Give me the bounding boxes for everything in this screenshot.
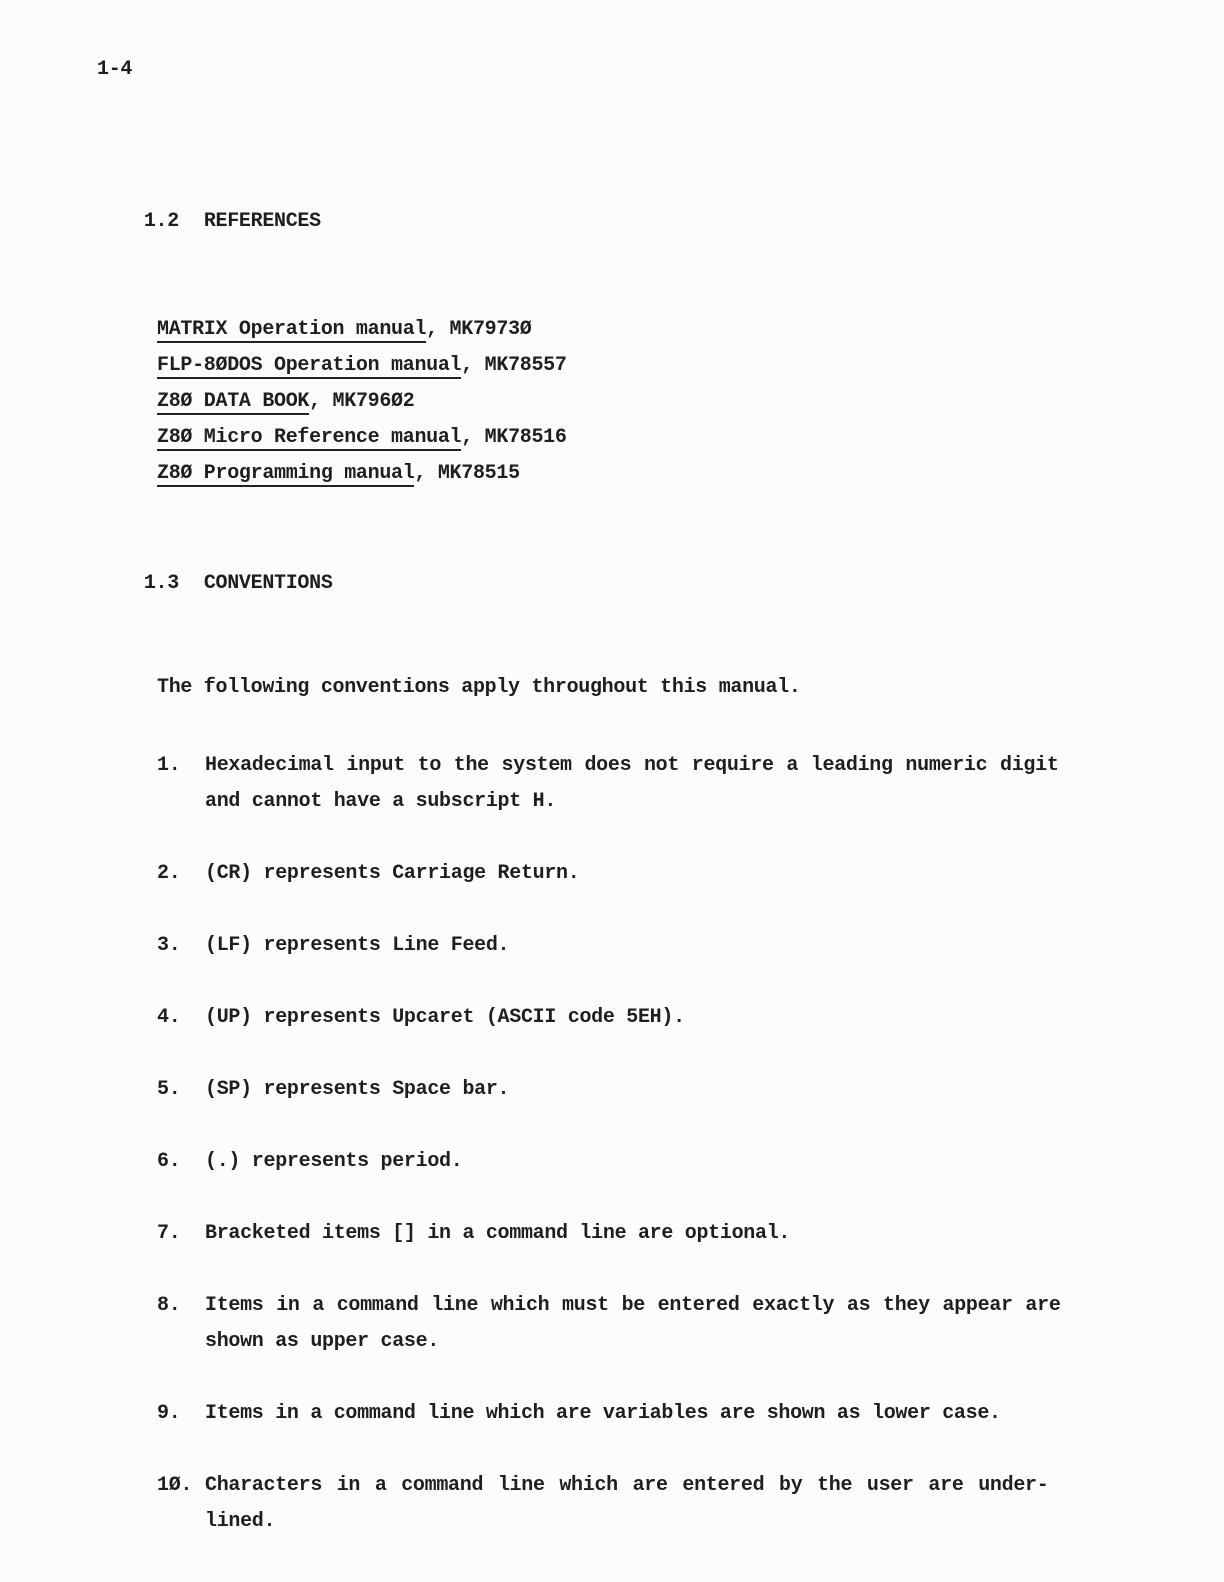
list-item-text: (UP) represents Upcaret (ASCII code 5EH)… — [205, 1000, 1087, 1036]
list-item-number: 3. — [157, 928, 205, 964]
list-item-text: Items in a command line which are variab… — [205, 1396, 1087, 1432]
list-item: 6. (.) represents period. — [157, 1144, 1087, 1180]
list-item-text: Characters in a command line which are e… — [205, 1468, 1087, 1540]
list-item: 1. Hexadecimal input to the system does … — [157, 748, 1087, 820]
list-item-text: (LF) represents Line Feed. — [205, 928, 1087, 964]
section-title: REFERENCES — [204, 210, 321, 233]
list-item: 2. (CR) represents Carriage Return. — [157, 856, 1087, 892]
list-item-text: Items in a command line which must be en… — [205, 1288, 1087, 1360]
list-item-number: 2. — [157, 856, 205, 892]
document-page: 1-4 1.2REFERENCES MATRIX Operation manua… — [0, 0, 1224, 1582]
list-item: 4. (UP) represents Upcaret (ASCII code 5… — [157, 1000, 1087, 1036]
conventions-intro: The following conventions apply througho… — [157, 670, 1224, 706]
reference-code: , MK78515 — [414, 462, 519, 485]
list-item-text: Bracketed items [] in a command line are… — [205, 1216, 1087, 1252]
list-item: 8. Items in a command line which must be… — [157, 1288, 1087, 1360]
list-item-text: (.) represents period. — [205, 1144, 1087, 1180]
list-item-number: 9. — [157, 1396, 205, 1432]
section-number: 1.2 — [144, 204, 204, 240]
reference-title: FLP-8ØDOS Operation manual — [157, 354, 461, 379]
reference-title: Z8Ø DATA BOOK — [157, 390, 309, 415]
section-number: 1.3 — [144, 566, 204, 602]
list-item-number: 5. — [157, 1072, 205, 1108]
reference-code: , MK78516 — [461, 426, 566, 449]
list-item: 5. (SP) represents Space bar. — [157, 1072, 1087, 1108]
reference-code: , MK78557 — [461, 354, 566, 377]
reference-item: FLP-8ØDOS Operation manual, MK78557 — [157, 348, 1224, 384]
list-item: 9. Items in a command line which are var… — [157, 1396, 1087, 1432]
reference-code: , MK796Ø2 — [309, 390, 414, 413]
reference-title: MATRIX Operation manual — [157, 318, 426, 343]
list-item-number: 8. — [157, 1288, 205, 1324]
reference-item: MATRIX Operation manual, MK7973Ø — [157, 312, 1224, 348]
section-heading-conventions: 1.3CONVENTIONS — [97, 530, 1224, 638]
conventions-list: 1. Hexadecimal input to the system does … — [157, 748, 1087, 1540]
reference-code: , MK7973Ø — [426, 318, 531, 341]
reference-item: Z8Ø DATA BOOK, MK796Ø2 — [157, 384, 1224, 420]
list-item-text: (SP) represents Space bar. — [205, 1072, 1087, 1108]
list-item-text: Hexadecimal input to the system does not… — [205, 748, 1087, 820]
list-item: 7. Bracketed items [] in a command line … — [157, 1216, 1087, 1252]
list-item-number: 1. — [157, 748, 205, 784]
section-title: CONVENTIONS — [204, 572, 333, 595]
references-list: MATRIX Operation manual, MK7973Ø FLP-8ØD… — [157, 312, 1224, 492]
list-item-number: 6. — [157, 1144, 205, 1180]
reference-item: Z8Ø Micro Reference manual, MK78516 — [157, 420, 1224, 456]
section-heading-references: 1.2REFERENCES — [97, 168, 1224, 276]
page-number: 1-4 — [97, 52, 1224, 88]
reference-item: Z8Ø Programming manual, MK78515 — [157, 456, 1224, 492]
list-item-number: 4. — [157, 1000, 205, 1036]
list-item: 1Ø. Characters in a command line which a… — [157, 1468, 1087, 1540]
reference-title: Z8Ø Programming manual — [157, 462, 414, 487]
list-item-number: 7. — [157, 1216, 205, 1252]
list-item-number: 1Ø. — [157, 1468, 205, 1504]
reference-title: Z8Ø Micro Reference manual — [157, 426, 461, 451]
list-item-text: (CR) represents Carriage Return. — [205, 856, 1087, 892]
list-item: 3. (LF) represents Line Feed. — [157, 928, 1087, 964]
